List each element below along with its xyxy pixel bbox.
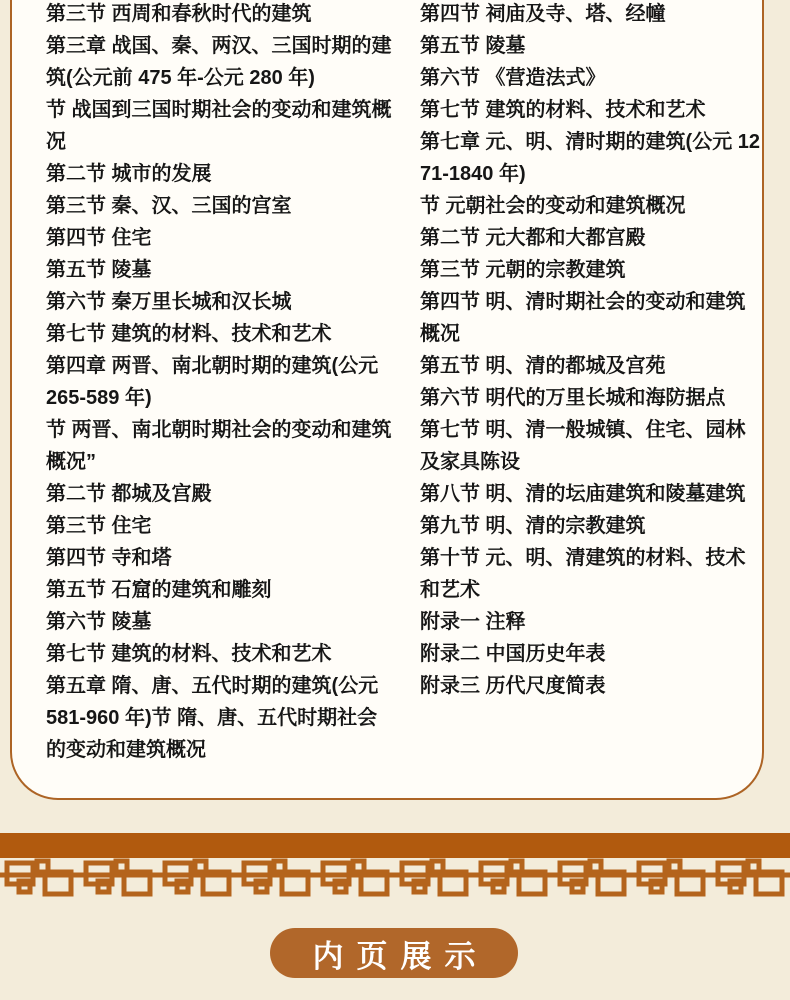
toc-entry: 第六节 秦万里长城和汉长城 bbox=[46, 286, 394, 318]
inner-pages-banner: 内页展示 bbox=[270, 928, 518, 978]
toc-column-right: 第四节 祠庙及寺、塔、经幢第五节 陵墓第六节 《营造法式》第七节 建筑的材料、技… bbox=[420, 0, 764, 766]
toc-entry: 第四节 明、清时期社会的变动和建筑概况 bbox=[420, 286, 764, 350]
toc-entry: 第三节 西周和春秋时代的建筑 bbox=[46, 0, 394, 30]
chinese-lattice-border-icon bbox=[0, 858, 790, 900]
toc-entry: 第五节 石窟的建筑和雕刻 bbox=[46, 574, 394, 606]
toc-entry: 第三节 秦、汉、三国的宫室 bbox=[46, 190, 394, 222]
toc-entry: 第六节 陵墓 bbox=[46, 606, 394, 638]
toc-entry: 第五节 陵墓 bbox=[420, 30, 764, 62]
toc-entry: 附录一 注释 bbox=[420, 606, 764, 638]
toc-entry: 第六节 《营造法式》 bbox=[420, 62, 764, 94]
toc-entry: 第二节 元大都和大都宫殿 bbox=[420, 222, 764, 254]
toc-entry: 节 两晋、南北朝时期社会的变动和建筑概况” bbox=[46, 414, 394, 478]
toc-columns: 第三节 西周和春秋时代的建筑第三章 战国、秦、两汉、三国时期的建筑(公元前 47… bbox=[46, 0, 764, 766]
toc-entry: 第十节 元、明、清建筑的材料、技术和艺术 bbox=[420, 542, 764, 606]
toc-column-left: 第三节 西周和春秋时代的建筑第三章 战国、秦、两汉、三国时期的建筑(公元前 47… bbox=[46, 0, 394, 766]
toc-entry: 第二节 城市的发展 bbox=[46, 158, 394, 190]
toc-entry: 节 战国到三国时期社会的变动和建筑概况 bbox=[46, 94, 394, 158]
toc-entry: 第四节 住宅 bbox=[46, 222, 394, 254]
toc-entry: 附录二 中国历史年表 bbox=[420, 638, 764, 670]
toc-entry: 第四章 两晋、南北朝时期的建筑(公元 265-589 年) bbox=[46, 350, 394, 414]
toc-entry: 第五章 隋、唐、五代时期的建筑(公元 581-960 年)节 隋、唐、五代时期社… bbox=[46, 670, 394, 766]
inner-pages-banner-label: 内页展示 bbox=[313, 931, 489, 976]
toc-entry: 第五节 陵墓 bbox=[46, 254, 394, 286]
toc-entry: 第三章 战国、秦、两汉、三国时期的建筑(公元前 475 年-公元 280 年) bbox=[46, 30, 394, 94]
toc-entry: 第七章 元、明、清时期的建筑(公元 1271-1840 年) bbox=[420, 126, 764, 190]
toc-entry: 第五节 明、清的都城及宫苑 bbox=[420, 350, 764, 382]
toc-entry: 第七节 明、清一般城镇、住宅、园林及家具陈设 bbox=[420, 414, 764, 478]
toc-entry: 节 元朝社会的变动和建筑概况 bbox=[420, 190, 764, 222]
toc-entry: 第三节 元朝的宗教建筑 bbox=[420, 254, 764, 286]
toc-entry: 第八节 明、清的坛庙建筑和陵墓建筑 bbox=[420, 478, 764, 510]
toc-entry: 第三节 住宅 bbox=[46, 510, 394, 542]
toc-entry: 第二节 都城及宫殿 bbox=[46, 478, 394, 510]
page-background: 第三节 西周和春秋时代的建筑第三章 战国、秦、两汉、三国时期的建筑(公元前 47… bbox=[0, 0, 790, 1000]
toc-entry: 第七节 建筑的材料、技术和艺术 bbox=[420, 94, 764, 126]
toc-entry: 第六节 明代的万里长城和海防据点 bbox=[420, 382, 764, 414]
toc-entry: 第四节 祠庙及寺、塔、经幢 bbox=[420, 0, 764, 30]
toc-entry: 第九节 明、清的宗教建筑 bbox=[420, 510, 764, 542]
orange-divider-band bbox=[0, 833, 790, 858]
toc-entry: 第四节 寺和塔 bbox=[46, 542, 394, 574]
toc-entry: 附录三 历代尺度简表 bbox=[420, 670, 764, 702]
toc-card: 第三节 西周和春秋时代的建筑第三章 战国、秦、两汉、三国时期的建筑(公元前 47… bbox=[10, 0, 764, 800]
toc-entry: 第七节 建筑的材料、技术和艺术 bbox=[46, 638, 394, 670]
toc-entry: 第七节 建筑的材料、技术和艺术 bbox=[46, 318, 394, 350]
